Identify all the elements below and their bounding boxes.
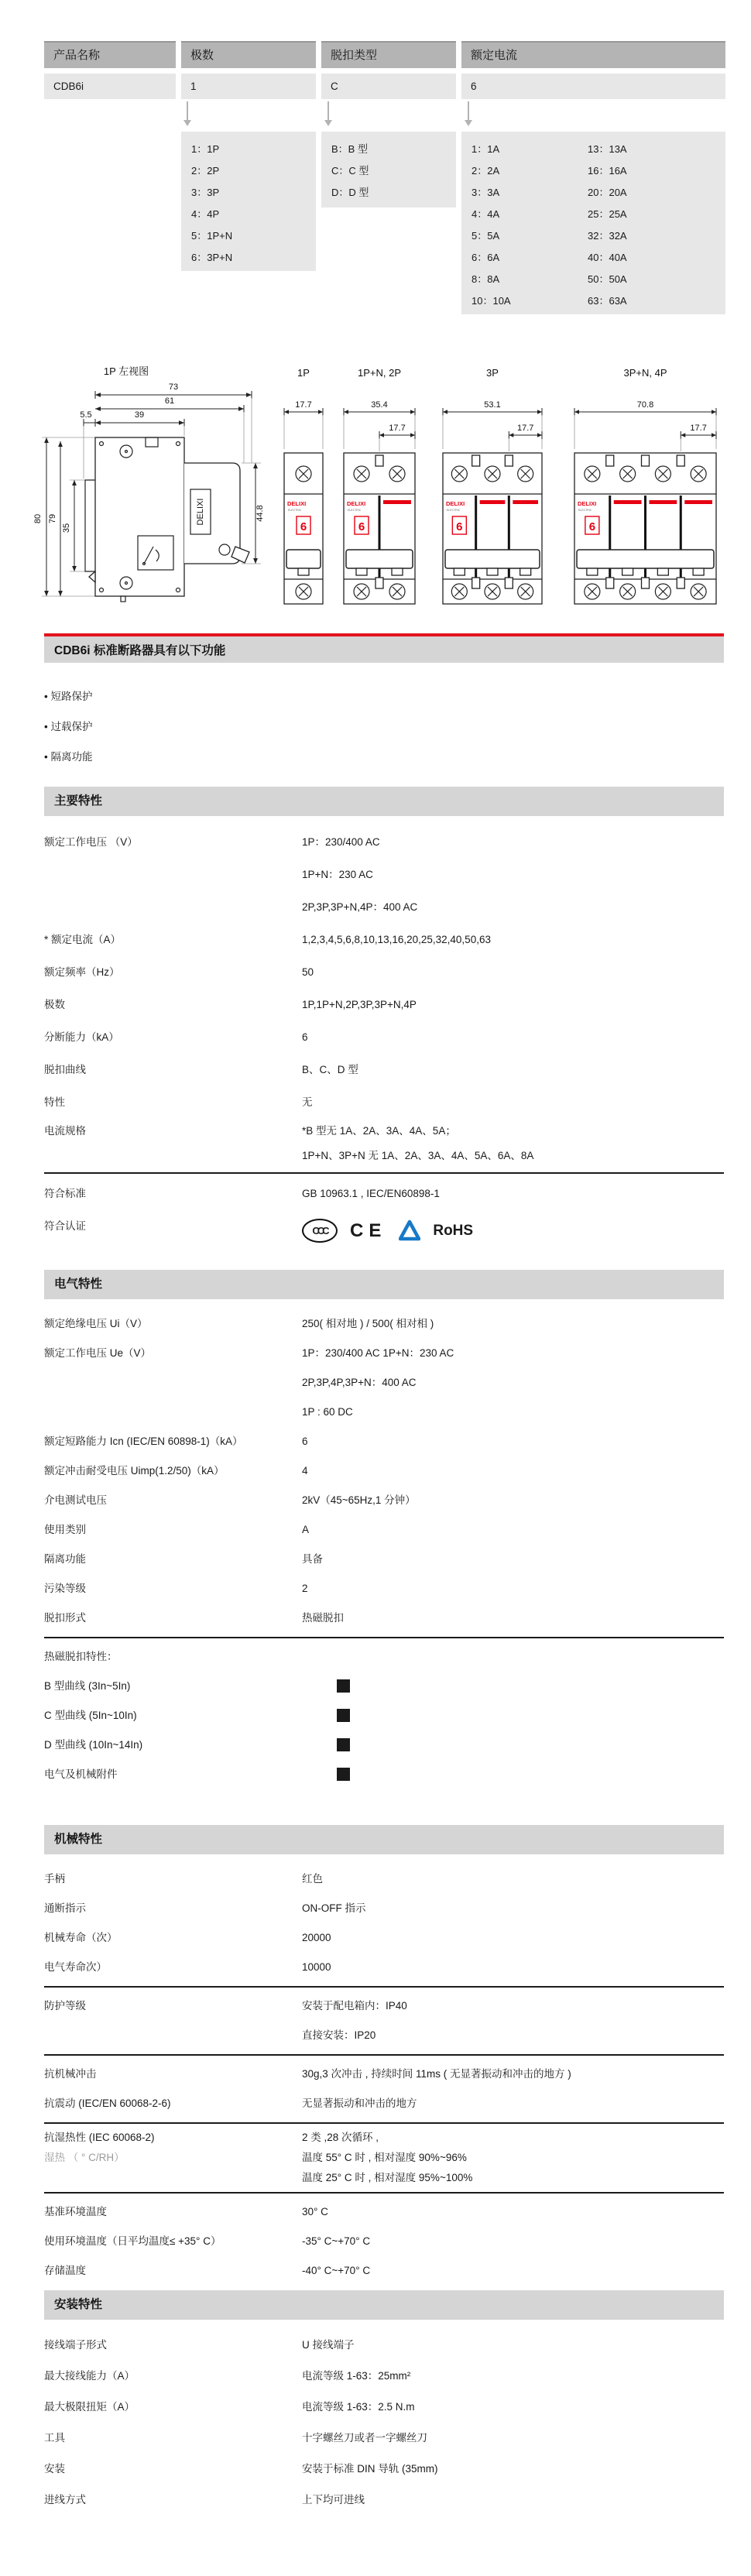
value-poles-code: 1 — [181, 74, 316, 99]
spec-label: 符合认证 — [44, 1210, 296, 1243]
spec-label-cell: 抗震动 (IEC/EN 60068-2-6) — [44, 2089, 302, 2118]
column-header-product-name: 产品名称 — [44, 41, 176, 68]
spec-label: 防护等级 — [44, 1991, 296, 2021]
spec-value-cell: 2 类 ,28 次循环 ,温度 55° C 时 , 相对湿度 90%~96%温度… — [302, 2128, 724, 2188]
brand-logo-text: DELIXI — [347, 500, 365, 507]
spec-value: 2kV（45~65Hz,1 分钟） — [302, 1486, 724, 1515]
spec-value: GB 10963.1 , IEC/EN60898-1 — [302, 1178, 724, 1210]
filled-square-marker — [337, 1679, 350, 1693]
section-mechanical-characteristics: 机械特性 手柄红色通断指示ON-OFF 指示机械寿命（次）20000电气寿命次）… — [44, 1825, 724, 2286]
spec-value-cell: 红色 — [302, 1864, 724, 1894]
spec-row: 额定短路能力 Icn (IEC/EN 60898-1)（kA）6 — [44, 1427, 724, 1456]
spec-row: 介电测试电压2kV（45~65Hz,1 分钟） — [44, 1486, 724, 1515]
option-item: 5：5A — [472, 225, 588, 247]
option-item: 10：10A — [472, 290, 588, 312]
column-header-rated-current: 额定电流 — [461, 41, 725, 68]
breaker-side-view-drawing: 1P 左视图 73 61 5.5 — [29, 364, 269, 612]
spec-value: 温度 55° C 时 , 相对湿度 90%~96% — [302, 2148, 724, 2168]
option-item: 2：2A — [472, 160, 588, 182]
spec-value-cell: 30° C — [302, 2197, 724, 2227]
spec-label: 最大极限扭矩（A） — [44, 2392, 296, 2423]
spec-value: 温度 25° C 时 , 相对湿度 95%~100% — [302, 2168, 724, 2188]
spec-row: 脱扣形式热磁脱扣 — [44, 1604, 724, 1633]
trip-options-box: B：B 型C：C 型D：D 型 — [321, 132, 456, 208]
spec-value: 2P,3P,4P,3P+N：400 AC — [302, 1368, 724, 1398]
spec-label-cell: 分断能力（kA） — [44, 1021, 302, 1054]
arrow-down-icon — [327, 101, 329, 122]
filled-square-marker — [337, 1768, 350, 1781]
spec-value: 安装于配电箱内：IP40 — [302, 1991, 724, 2021]
spec-label: 额定绝缘电压 Ui（V） — [44, 1309, 296, 1339]
spec-value: 热磁脱扣 — [302, 1604, 724, 1633]
spec-label: 分断能力（kA） — [44, 1021, 296, 1054]
spec-label-cell: 额定绝缘电压 Ui（V） — [44, 1309, 302, 1339]
spec-row: 额定工作电压 Ue（V）1P：230/400 AC 1P+N：230 AC2P,… — [44, 1339, 724, 1427]
dimension-label: 17.7 — [295, 400, 311, 410]
option-item: 13：13A — [588, 139, 704, 160]
option-item: 4：4A — [472, 204, 588, 225]
divider-line — [44, 2192, 724, 2194]
spec-value: 1P,1P+N,2P,3P,3P+N,4P — [302, 989, 724, 1021]
spec-label: 特性 — [44, 1086, 296, 1119]
spec-value: 250( 相对地 ) / 500( 相对相 ) — [302, 1309, 724, 1339]
spec-label: 额定短路能力 Icn (IEC/EN 60898-1)（kA） — [44, 1427, 296, 1456]
value-current-code: 6 — [461, 74, 725, 99]
spec-row: 手柄红色 — [44, 1864, 724, 1894]
datasheet-page: 产品名称 极数 脱扣类型 额定电流 CDB6i 1 C 6 1：1P2：2P3：… — [0, 0, 751, 2576]
spec-label-cell: 存储温度 — [44, 2256, 302, 2286]
spec-row: 电气寿命次）10000 — [44, 1953, 724, 1982]
value-trip-code: C — [321, 74, 456, 99]
spec-label-cell: 进线方式 — [44, 2485, 302, 2516]
option-item: 6：3P+N — [191, 247, 316, 269]
spec-value-cell: -40° C~+70° C — [302, 2256, 724, 2286]
spec-label-cell: 基准环境温度 — [44, 2197, 302, 2227]
spec-value: 红色 — [302, 1864, 724, 1894]
option-item: 6：6A — [472, 247, 588, 269]
spec-row: 最大接线能力（A）电流等级 1-63：25mm² — [44, 2361, 724, 2392]
spec-value: 30g,3 次冲击 , 持续时间 11ms ( 无显著振动和冲击的地方 ) — [302, 2060, 724, 2089]
spec-label: 工具 — [44, 2423, 296, 2454]
rating-digit: 6 — [456, 520, 462, 533]
spec-row: 进线方式上下均可进线 — [44, 2485, 724, 2516]
drawing-caption: 3P — [486, 367, 499, 379]
arrow-down-icon — [187, 101, 188, 122]
dimension-label: 80 — [33, 514, 43, 523]
column-header-trip-type: 脱扣类型 — [321, 41, 456, 68]
spec-label-cell: 热磁脱扣特性： — [44, 1642, 302, 1672]
spec-label-cell: 污染等级 — [44, 1574, 302, 1604]
spec-label-cell: 接线端子形式 — [44, 2330, 302, 2361]
spec-value: -35° C~+70° C — [302, 2227, 724, 2256]
brand-logo-text: DELIXI — [196, 499, 205, 526]
spec-value-cell: 30g,3 次冲击 , 持续时间 11ms ( 无显著振动和冲击的地方 ) — [302, 2060, 724, 2089]
option-item: 3：3A — [472, 182, 588, 204]
spec-value-cell: 1P：230/400 AC1P+N：230 AC2P,3P,3P+N,4P：40… — [302, 826, 724, 924]
spec-row: 热磁脱扣特性： — [44, 1642, 724, 1672]
spec-label: 接线端子形式 — [44, 2330, 296, 2361]
spec-value: 1P+N：230 AC — [302, 859, 724, 891]
dimension-label: 17.7 — [690, 424, 706, 433]
spec-label: 额定冲击耐受电压 Uimp(1.2/50)（kA） — [44, 1456, 296, 1486]
features-section-header: CDB6i 标准断路器具有以下功能 — [44, 633, 724, 663]
spec-value-cell — [302, 1701, 724, 1722]
spec-value-cell: 无 — [302, 1086, 724, 1119]
spec-row: 通断指示ON-OFF 指示 — [44, 1894, 724, 1923]
spec-label: 极数 — [44, 989, 296, 1021]
certification-marks: CCCCERoHS — [302, 1213, 724, 1247]
breaker-front-view: 1P17.7DELIXIELECTRIC6 — [276, 364, 331, 616]
spec-value: 20000 — [302, 1923, 724, 1953]
spec-label: 最大接线能力（A） — [44, 2361, 296, 2392]
spec-row: 机械寿命（次）20000 — [44, 1923, 724, 1953]
spec-row: 抗湿热性 (IEC 60068-2)湿热 （ ° C/RH）2 类 ,28 次循… — [44, 2128, 724, 2188]
spec-value-cell: 热磁脱扣 — [302, 1604, 724, 1633]
spec-value-cell: 1,2,3,4,5,6,8,10,13,16,20,25,32,40,50,63 — [302, 924, 724, 956]
spec-label: 抗震动 (IEC/EN 60068-2-6) — [44, 2089, 296, 2118]
spec-label-cell: 机械寿命（次） — [44, 1923, 302, 1953]
spec-value-cell: 20000 — [302, 1923, 724, 1953]
spec-value: 10000 — [302, 1953, 724, 1982]
spec-label-cell: 抗湿热性 (IEC 60068-2)湿热 （ ° C/RH） — [44, 2128, 302, 2168]
spec-row: 抗震动 (IEC/EN 60068-2-6)无显著振动和冲击的地方 — [44, 2089, 724, 2118]
option-item: 1：1P — [191, 139, 316, 160]
divider-line — [44, 1986, 724, 1988]
spec-label: 介电测试电压 — [44, 1486, 296, 1515]
spec-value: 50 — [302, 956, 724, 989]
spec-label-cell: 符合认证 — [44, 1210, 302, 1243]
breaker-front-view-drawing: 1P17.7DELIXIELECTRIC6 — [276, 364, 331, 612]
spec-label-cell: 符合标准 — [44, 1178, 302, 1210]
spec-row: 工具十字螺丝刀或者一字螺丝刀 — [44, 2423, 724, 2454]
brand-logo-text: DELIXI — [446, 500, 465, 507]
section-main-characteristics: 主要特性 额定工作电压 （V）1P：230/400 AC1P+N：230 AC2… — [44, 787, 724, 1247]
option-item: 5：1P+N — [191, 225, 316, 247]
drawing-caption: 1P+N, 2P — [358, 367, 401, 379]
spec-label: * 额定电流（A） — [44, 924, 296, 956]
spec-row: 使用环境温度（日平均温度≤ +35° C）-35° C~+70° C — [44, 2227, 724, 2256]
spec-value-cell: 电流等级 1-63：2.5 N.m — [302, 2392, 724, 2423]
value-product-name: CDB6i — [44, 74, 176, 99]
brand-sub-text: ELECTRIC — [348, 509, 362, 512]
spec-label: 额定工作电压 Ue（V） — [44, 1339, 296, 1368]
spec-label-cell: 电流规格 — [44, 1119, 302, 1144]
spec-value-cell: 电流等级 1-63：25mm² — [302, 2361, 724, 2392]
breaker-front-view: 3P+N, 4P70.817.7DELIXIELECTRIC6 — [567, 364, 724, 616]
spec-value-cell: 2 — [302, 1574, 724, 1604]
spec-label: 进线方式 — [44, 2485, 296, 2516]
spec-value-cell: ON-OFF 指示 — [302, 1894, 724, 1923]
section-header: 电气特性 — [44, 1270, 724, 1299]
divider-line — [44, 1172, 724, 1174]
spec-value: 电流等级 1-63：25mm² — [302, 2361, 724, 2392]
spec-value-cell: 10000 — [302, 1953, 724, 1982]
option-item: 16：16A — [588, 160, 704, 182]
spec-value: 无 — [302, 1086, 724, 1119]
spec-label-cell: 最大极限扭矩（A） — [44, 2392, 302, 2423]
spec-row: 使用类别A — [44, 1515, 724, 1545]
breaker-front-view: 1P+N, 2P35.417.7DELIXIELECTRIC6 — [336, 364, 423, 616]
spec-row: 安装安装于标准 DIN 导轨 (35mm) — [44, 2454, 724, 2485]
spec-row: 污染等级2 — [44, 1574, 724, 1604]
spec-label: 使用环境温度（日平均温度≤ +35° C） — [44, 2227, 296, 2256]
spec-row: * 额定电流（A）1,2,3,4,5,6,8,10,13,16,20,25,32… — [44, 924, 724, 956]
spec-row: D 型曲线 (10In~14In) — [44, 1730, 724, 1760]
spec-label-cell: * 额定电流（A） — [44, 924, 302, 956]
spec-value-cell: 具备 — [302, 1545, 724, 1574]
divider-line — [44, 1637, 724, 1638]
spec-label-cell: 防护等级 — [44, 1991, 302, 2021]
option-item: D：D 型 — [331, 182, 456, 204]
spec-row: 最大极限扭矩（A）电流等级 1-63：2.5 N.m — [44, 2392, 724, 2423]
spec-value: 十字螺丝刀或者一字螺丝刀 — [302, 2423, 724, 2454]
current-options-box: 1：1A2：2A3：3A4：4A5：5A6：6A8：8A10：10A 13：13… — [461, 132, 725, 314]
spec-row: 接线端子形式U 接线端子 — [44, 2330, 724, 2361]
spec-value-cell: B、C、D 型 — [302, 1054, 724, 1086]
rohs-mark-icon: RoHS — [433, 1219, 473, 1243]
spec-value-cell: 2kV（45~65Hz,1 分钟） — [302, 1486, 724, 1515]
spec-label: 存储温度 — [44, 2256, 296, 2286]
dimension-label: 5.5 — [80, 410, 91, 420]
feature-item: 过载保护 — [44, 712, 92, 742]
spec-value: 6 — [302, 1021, 724, 1054]
ccc-mark-icon: CCC — [302, 1219, 338, 1243]
feature-item: 短路保护 — [44, 681, 92, 712]
spec-label-cell: 使用类别 — [44, 1515, 302, 1545]
section-header: 安装特性 — [44, 2290, 724, 2320]
breaker-side-view: 1P 左视图 73 61 5.5 — [29, 364, 269, 616]
spec-label-cell: 工具 — [44, 2423, 302, 2454]
spec-value: 电流等级 1-63：2.5 N.m — [302, 2392, 724, 2423]
spec-label: 脱扣曲线 — [44, 1054, 296, 1086]
spec-value-cell — [302, 1730, 724, 1751]
divider-line — [44, 2122, 724, 2124]
spec-label: 额定工作电压 （V） — [44, 826, 296, 859]
spec-value-cell: 安装于标准 DIN 导轨 (35mm) — [302, 2454, 724, 2485]
spec-row: 额定冲击耐受电压 Uimp(1.2/50)（kA）4 — [44, 1456, 724, 1486]
spec-label: 隔离功能 — [44, 1545, 296, 1574]
spec-row: 基准环境温度30° C — [44, 2197, 724, 2227]
spec-value-cell: 6 — [302, 1427, 724, 1456]
spec-label: 符合标准 — [44, 1178, 296, 1210]
spec-label-cell: 额定工作电压 （V） — [44, 826, 302, 859]
column-header-poles: 极数 — [181, 41, 316, 68]
spec-label: 热磁脱扣特性： — [44, 1642, 296, 1672]
spec-value: 1P：230/400 AC 1P+N：230 AC — [302, 1339, 724, 1368]
spec-label-cell: 使用环境温度（日平均温度≤ +35° C） — [44, 2227, 302, 2256]
spec-label-cell: 额定频率（Hz） — [44, 956, 302, 989]
spec-value-cell: -35° C~+70° C — [302, 2227, 724, 2256]
spec-label: 抗机械冲击 — [44, 2060, 296, 2089]
breaker-front-view: 3P53.117.7DELIXIELECTRIC6 — [435, 364, 550, 616]
spec-value: 1P：230/400 AC — [302, 826, 724, 859]
option-item: 20：20A — [588, 182, 704, 204]
spec-value-cell: 无显著振动和冲击的地方 — [302, 2089, 724, 2118]
pole-options-box: 1：1P2：2P3：3P4：4P5：1P+N6：3P+N — [181, 132, 316, 271]
option-item: C：C 型 — [331, 160, 456, 182]
spec-value: 上下均可进线 — [302, 2485, 724, 2516]
spec-label: 污染等级 — [44, 1574, 296, 1604]
spec-label: 基准环境温度 — [44, 2197, 296, 2227]
option-item: 1：1A — [472, 139, 588, 160]
ce-mark-icon: CE — [350, 1219, 386, 1243]
spec-value-cell: 250( 相对地 ) / 500( 相对相 ) — [302, 1309, 724, 1339]
section-header: 机械特性 — [44, 1825, 724, 1854]
dimension-label: 39 — [135, 410, 144, 420]
spec-label-cell: 隔离功能 — [44, 1545, 302, 1574]
spec-value: *B 型无 1A、2A、3A、4A、5A； — [302, 1119, 724, 1144]
spec-label: D 型曲线 (10In~14In) — [44, 1730, 296, 1760]
dimension-label: 53.1 — [484, 400, 500, 410]
spec-value: 无显著振动和冲击的地方 — [302, 2089, 724, 2118]
rating-digit: 6 — [589, 520, 595, 533]
dimension-label: 44.8 — [255, 505, 265, 521]
spec-label-cell: C 型曲线 (5In~10In) — [44, 1701, 302, 1730]
spec-label-cell: 额定冲击耐受电压 Uimp(1.2/50)（kA） — [44, 1456, 302, 1486]
spec-row: 电流规格*B 型无 1A、2A、3A、4A、5A；1P+N、3P+N 无 1A、… — [44, 1119, 724, 1168]
spec-value-cell: 十字螺丝刀或者一字螺丝刀 — [302, 2423, 724, 2454]
brand-sub-text: ELECTRIC — [578, 509, 592, 512]
spec-value-cell: 50 — [302, 956, 724, 989]
spec-value: 2P,3P,3P+N,4P：400 AC — [302, 891, 724, 924]
spec-row: 极数1P,1P+N,2P,3P,3P+N,4P — [44, 989, 724, 1021]
spec-value: 6 — [302, 1427, 724, 1456]
spec-row: 符合标准GB 10963.1 , IEC/EN60898-1 — [44, 1178, 724, 1210]
spec-label-cell: 最大接线能力（A） — [44, 2361, 302, 2392]
spec-value: 2 类 ,28 次循环 , — [302, 2128, 724, 2148]
spec-value-cell: 1P：230/400 AC 1P+N：230 AC2P,3P,4P,3P+N：4… — [302, 1339, 724, 1427]
tuv-triangle-icon — [399, 1219, 420, 1241]
spec-label-cell: 抗机械冲击 — [44, 2060, 302, 2089]
spec-value-cell — [302, 1760, 724, 1781]
spec-row: C 型曲线 (5In~10In) — [44, 1701, 724, 1730]
option-item: 32：32A — [588, 225, 704, 247]
spec-row: 额定绝缘电压 Ui（V）250( 相对地 ) / 500( 相对相 ) — [44, 1309, 724, 1339]
spec-label: C 型曲线 (5In~10In) — [44, 1701, 296, 1730]
divider-line — [44, 2054, 724, 2056]
option-item: B：B 型 — [331, 139, 456, 160]
spec-value: 30° C — [302, 2197, 724, 2227]
spec-label-cell: 安装 — [44, 2454, 302, 2485]
spec-label: 手柄 — [44, 1864, 296, 1894]
brand-logo-text: DELIXI — [287, 500, 306, 507]
dimension-label: 17.7 — [389, 424, 405, 433]
spec-row: 脱扣曲线B、C、D 型 — [44, 1054, 724, 1086]
spec-label: 使用类别 — [44, 1515, 296, 1545]
spec-row: 符合认证CCCCERoHS — [44, 1210, 724, 1247]
drawing-caption: 1P — [297, 367, 310, 379]
spec-row: 存储温度-40° C~+70° C — [44, 2256, 724, 2286]
filled-square-marker — [337, 1738, 350, 1751]
dimension-label: 17.7 — [517, 424, 533, 433]
brand-sub-text: ELECTRIC — [288, 509, 302, 512]
spec-row: 分断能力（kA）6 — [44, 1021, 724, 1054]
brand-sub-text: ELECTRIC — [447, 509, 461, 512]
spec-label-cell: 额定短路能力 Icn (IEC/EN 60898-1)（kA） — [44, 1427, 302, 1456]
spec-row: 防护等级安装于配电箱内：IP40直接安装：IP20 — [44, 1991, 724, 2050]
spec-value: 具备 — [302, 1545, 724, 1574]
spec-value: 4 — [302, 1456, 724, 1486]
spec-label: 通断指示 — [44, 1894, 296, 1923]
spec-row: 隔离功能具备 — [44, 1545, 724, 1574]
arrow-down-icon — [468, 101, 469, 122]
spec-label-cell: 特性 — [44, 1086, 302, 1119]
spec-label: 脱扣形式 — [44, 1604, 296, 1633]
dimension-drawings: 1P 左视图 73 61 5.5 — [0, 364, 751, 619]
spec-value-cell: GB 10963.1 , IEC/EN60898-1 — [302, 1178, 724, 1210]
option-item: 50：50A — [588, 269, 704, 290]
spec-label-cell: 电气及机械附件 — [44, 1760, 302, 1789]
spec-value: 2 — [302, 1574, 724, 1604]
spec-label-cell: 脱扣形式 — [44, 1604, 302, 1633]
spec-label: 安装 — [44, 2454, 296, 2485]
spec-label: 电流规格 — [44, 1119, 296, 1144]
spec-sublabel: 湿热 （ ° C/RH） — [44, 2148, 296, 2168]
spec-label-cell: 手柄 — [44, 1864, 302, 1894]
spec-value: U 接线端子 — [302, 2330, 724, 2361]
spec-label-cell: 电气寿命次） — [44, 1953, 302, 1982]
dimension-label: 73 — [169, 382, 178, 392]
spec-row: 额定频率（Hz）50 — [44, 956, 724, 989]
spec-value-cell: 上下均可进线 — [302, 2485, 724, 2516]
spec-label: 抗湿热性 (IEC 60068-2) — [44, 2128, 296, 2148]
dimension-label: 35 — [62, 523, 71, 533]
option-item: 40：40A — [588, 247, 704, 269]
brand-logo-text: DELIXI — [578, 500, 596, 507]
spec-value: B、C、D 型 — [302, 1054, 724, 1086]
spec-row: B 型曲线 (3In~5In) — [44, 1672, 724, 1701]
spec-value: ON-OFF 指示 — [302, 1894, 724, 1923]
spec-value: 1P+N、3P+N 无 1A、2A、3A、4A、5A、6A、8A — [302, 1144, 724, 1168]
spec-value-cell: 安装于配电箱内：IP40直接安装：IP20 — [302, 1991, 724, 2050]
spec-label: 额定频率（Hz） — [44, 956, 296, 989]
spec-value-cell: 6 — [302, 1021, 724, 1054]
spec-value-cell: CCCCERoHS — [302, 1210, 724, 1247]
spec-row: 电气及机械附件 — [44, 1760, 724, 1789]
spec-value-cell: A — [302, 1515, 724, 1545]
feature-item: 隔离功能 — [44, 742, 92, 772]
drawing-caption: 1P 左视图 — [104, 365, 149, 377]
spec-label-cell: 额定工作电压 Ue（V） — [44, 1339, 302, 1368]
breaker-front-view-drawing: 3P53.117.7DELIXIELECTRIC6 — [435, 364, 550, 612]
spec-label-cell: 极数 — [44, 989, 302, 1021]
option-item: 3：3P — [191, 182, 316, 204]
dimension-label: 61 — [165, 396, 174, 406]
rating-digit: 6 — [358, 520, 365, 533]
features-list: 短路保护 过载保护 隔离功能 — [44, 681, 92, 772]
spec-label: 电气及机械附件 — [44, 1760, 296, 1789]
spec-label-cell: 介电测试电压 — [44, 1486, 302, 1515]
spec-value-cell: *B 型无 1A、2A、3A、4A、5A；1P+N、3P+N 无 1A、2A、3… — [302, 1119, 724, 1168]
section-installation-characteristics: 安装特性 接线端子形式U 接线端子最大接线能力（A）电流等级 1-63：25mm… — [44, 2290, 724, 2516]
section-header: 主要特性 — [44, 787, 724, 816]
spec-label: B 型曲线 (3In~5In) — [44, 1672, 296, 1701]
spec-value-cell: 1P,1P+N,2P,3P,3P+N,4P — [302, 989, 724, 1021]
spec-label: 机械寿命（次） — [44, 1923, 296, 1953]
dimension-label: 79 — [48, 514, 57, 523]
spec-label-cell: B 型曲线 (3In~5In) — [44, 1672, 302, 1701]
spec-value: 直接安装：IP20 — [302, 2021, 724, 2050]
spec-label: 电气寿命次） — [44, 1953, 296, 1982]
section-electrical-characteristics: 电气特性 额定绝缘电压 Ui（V）250( 相对地 ) / 500( 相对相 )… — [44, 1270, 724, 1789]
spec-value: 安装于标准 DIN 导轨 (35mm) — [302, 2454, 724, 2485]
dimension-label: 70.8 — [637, 400, 653, 410]
spec-value: -40° C~+70° C — [302, 2256, 724, 2286]
option-item: 2：2P — [191, 160, 316, 182]
spec-value: 1,2,3,4,5,6,8,10,13,16,20,25,32,40,50,63 — [302, 924, 724, 956]
spec-row: 额定工作电压 （V）1P：230/400 AC1P+N：230 AC2P,3P,… — [44, 826, 724, 924]
spec-row: 抗机械冲击30g,3 次冲击 , 持续时间 11ms ( 无显著振动和冲击的地方… — [44, 2060, 724, 2089]
